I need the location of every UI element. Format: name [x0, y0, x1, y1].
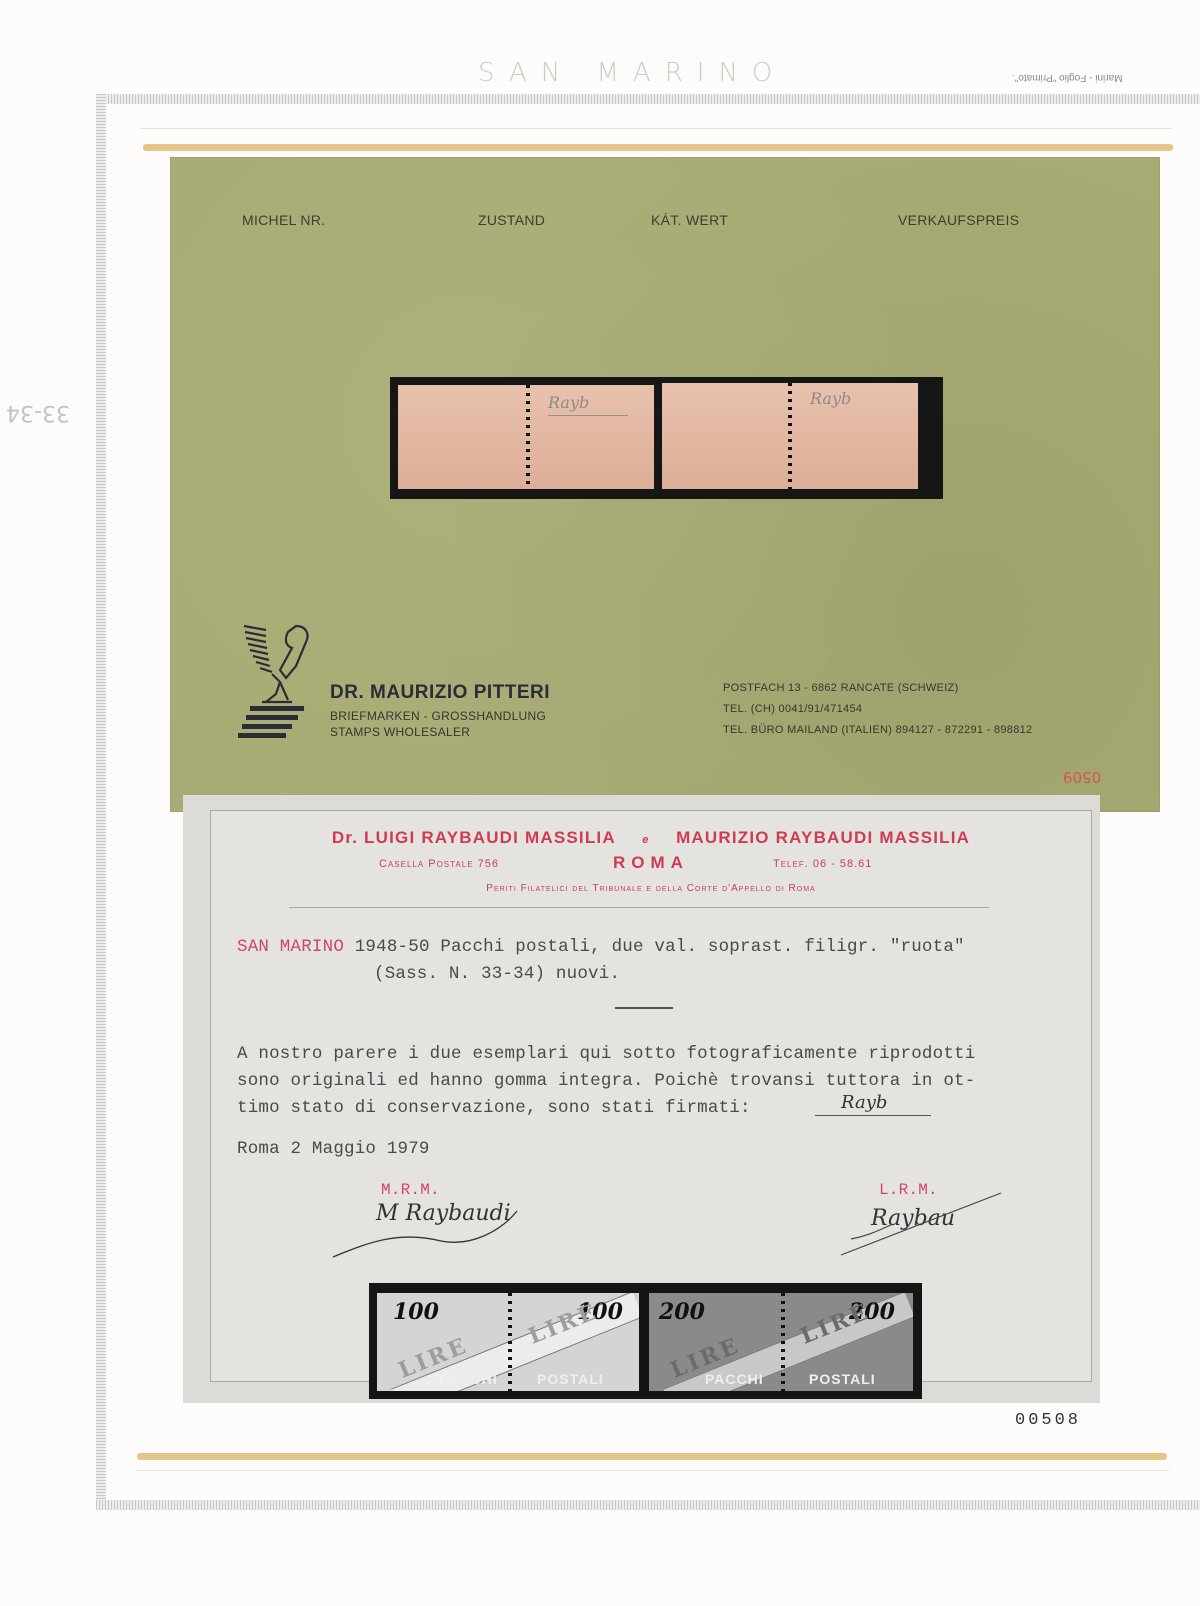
perforation-line [788, 383, 792, 489]
signature-stroke [331, 1201, 521, 1261]
stamp-pacchi-text: PACCHI [705, 1371, 764, 1387]
stamp-mount-reverse: Rayb Rayb [390, 377, 943, 499]
eagle-on-pedestal-icon [236, 622, 314, 740]
perforation-line [781, 1293, 785, 1391]
signature-line [815, 1115, 931, 1116]
dealer-phone-milan: TEL. BÜRO MAILAND (ITALIEN) 894127 - 872… [723, 724, 1032, 736]
signer-left-initials: M.R.M. [381, 1181, 440, 1199]
mount-strip-bottom-edge [137, 1470, 1169, 1471]
handwritten-price-note: 0509 [1063, 768, 1101, 786]
stamp-value: 200 [659, 1299, 705, 1325]
stamp-pair-100-lire: 100 100 LIRE LIRE PACCHI POSTALI [377, 1293, 639, 1391]
dealer-tagline-german: BRIEFMARKEN - GROSSHANDLUNG [330, 709, 546, 723]
subject-country: SAN MARINO [237, 937, 344, 957]
separator-rule [615, 1007, 673, 1009]
dealer-tagline-english: STAMPS WHOLESALER [330, 725, 470, 739]
column-header-zustand: ZUSTAND [478, 212, 545, 228]
expert-1-name: Dr. LUIGI RAYBAUDI MASSILIA [332, 828, 616, 847]
page-border-top [96, 94, 1200, 104]
body-signature: Rayb [841, 1092, 887, 1113]
expert-subtitle: Periti Filatelici del Tribunale e della … [211, 883, 1091, 894]
pencil-expert-signature: Rayb [548, 393, 589, 412]
stamp-photo-front: 100 100 LIRE LIRE PACCHI POSTALI 200 200… [369, 1283, 922, 1399]
dealer-name: DR. MAURIZIO PITTERI [330, 682, 550, 704]
page-border-bottom [96, 1500, 1200, 1510]
po-box: Casella Postale 756 [379, 858, 499, 870]
column-header-verkaufspreis: VERKAUFSPREIS [898, 212, 1019, 228]
subject-line-1: SAN MARINO 1948-50 Pacchi postali, due v… [237, 937, 965, 957]
mount-strip-top-edge [140, 128, 1172, 129]
publisher-imprint: Marini - Foglio "Primato". [1012, 72, 1122, 83]
stamp-pair-200-reverse: Rayb [662, 383, 918, 489]
body-line-2: sono originali ed hanno gomma integra. P… [237, 1071, 975, 1091]
certificate-number: 00508 [1015, 1411, 1081, 1430]
body-line-1: A nostro parere i due esemplari qui sott… [237, 1044, 975, 1064]
stamp-pacchi-text: PACCHI [439, 1371, 498, 1387]
header-rule [289, 907, 989, 908]
stamp-postali-text: POSTALI [809, 1371, 876, 1387]
page-border-left [96, 94, 106, 1508]
phone: Telef. 06 - 58.61 [773, 858, 872, 870]
handwritten-album-title: SAN MARINO [478, 58, 786, 88]
connector: e [642, 834, 649, 846]
column-header-kat-wert: KÁT. WERT [651, 212, 728, 228]
gold-mount-strip-top [143, 144, 1173, 151]
dealer-stock-card: MICHEL NR. ZUSTAND KÁT. WERT VERKAUFSPRE… [170, 157, 1160, 812]
signature-stroke [831, 1189, 1011, 1259]
certificate-header-experts: Dr. LUIGI RAYBAUDI MASSILIA e MAURIZIO R… [211, 828, 1091, 848]
pencil-expert-signature: Rayb [810, 389, 851, 408]
body-line-3: timo stato di conservazione, sono stati … [237, 1098, 751, 1118]
city-roma: ROMA [613, 853, 689, 873]
stamp-pair-200-lire: 200 200 LIRE LIRE PACCHI POSTALI [649, 1293, 913, 1391]
stamp-pair-100-reverse: Rayb [398, 385, 654, 489]
dealer-address: POSTFACH 13 - 6862 RANCATE (SCHWEIZ) [723, 682, 959, 694]
signature-underline [548, 415, 628, 416]
expert-certificate: Dr. LUIGI RAYBAUDI MASSILIA e MAURIZIO R… [210, 810, 1092, 1382]
perforation-line [526, 385, 530, 489]
subject-line-2: (Sass. N. 33-34) nuovi. [374, 964, 620, 984]
dealer-phone-switzerland: TEL. (CH) 0041/91/471454 [723, 703, 862, 715]
expert-2-name: MAURIZIO RAYBAUDI MASSILIA [676, 828, 970, 847]
gold-mount-strip-bottom [137, 1453, 1167, 1460]
handwritten-catalog-note: 33-34 [6, 400, 70, 425]
stamp-postali-text: POSTALI [537, 1371, 604, 1387]
place-and-date: Roma 2 Maggio 1979 [237, 1139, 430, 1159]
stamp-value: 100 [393, 1299, 439, 1325]
perforation-line [508, 1293, 512, 1391]
column-header-michel: MICHEL NR. [242, 212, 325, 228]
